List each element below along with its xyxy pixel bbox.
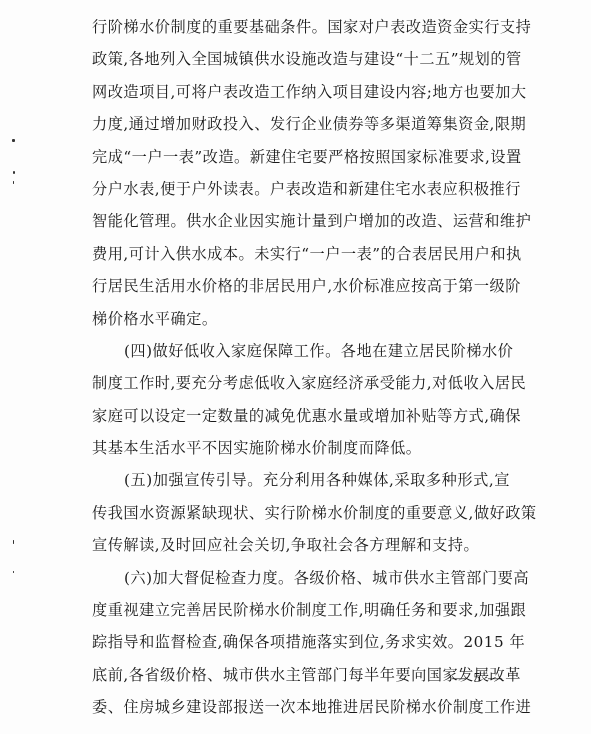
text-line: 行居民生活用水价格的非居民用户,水价标准应按高于第一级阶 bbox=[92, 270, 510, 302]
text-line: 梯价格水平确定。 bbox=[92, 303, 510, 335]
binding-mark bbox=[13, 571, 14, 573]
text-line: 其基本生活水平不因实施阶梯水价制度而降低。 bbox=[92, 432, 510, 464]
text-line: 智能化管理。供水企业因实施计量到户增加的改造、运营和维护 bbox=[92, 205, 510, 237]
text-line: 费用,可计入供水成本。未实行“一户一表”的合表居民用户和执 bbox=[92, 238, 510, 270]
text-line: 委、住房城乡建设部报送一次本地推进居民阶梯水价制度工作进 bbox=[92, 691, 510, 723]
document-page: 行阶梯水价制度的重要基础条件。国家对户表改造资金实行支持 政策,各地列入全国城镇… bbox=[0, 0, 591, 734]
text-line: 完成“一户一表”改造。新建住宅要严格按照国家标准要求,设置 bbox=[92, 141, 510, 173]
binding-mark bbox=[13, 171, 15, 174]
section-heading-line: (六)加大督促检查力度。各级价格、城市供水主管部门要高 bbox=[92, 562, 510, 594]
section-heading-line: (四)做好低收入家庭保障工作。各地在建立居民阶梯水价 bbox=[92, 335, 510, 367]
section-heading-line: (五)加强宣传引导。充分利用各种媒体,采取多种形式,宣 bbox=[92, 464, 510, 496]
text-line: 踪指导和监督检查,确保各项措施落实到位,务求实效。2015 年 bbox=[92, 626, 510, 658]
text-line: 度重视建立完善居民阶梯水价制度工作,明确任务和要求,加强跟 bbox=[92, 594, 510, 626]
binding-mark bbox=[13, 181, 14, 184]
binding-mark bbox=[12, 139, 15, 142]
text-line: 网改造项目,可将户表改造工作纳入项目建设内容;地方也要加大 bbox=[92, 76, 510, 108]
text-line: 力度,通过增加财政投入、发行企业债券等多渠道筹集资金,限期 bbox=[92, 108, 510, 140]
text-line: 底前,各省级价格、城市供水主管部门每半年要向国家发展改革 bbox=[92, 659, 510, 691]
text-line: 家庭可以设定一定数量的减免优惠水量或增加补贴等方式,确保 bbox=[92, 400, 510, 432]
text-line: 宣传解读,及时回应社会关切,争取社会各方理解和支持。 bbox=[92, 529, 510, 561]
page-number: — 5 — bbox=[452, 671, 504, 687]
body-text: 行阶梯水价制度的重要基础条件。国家对户表改造资金实行支持 政策,各地列入全国城镇… bbox=[92, 11, 510, 724]
binding-mark bbox=[13, 540, 14, 544]
text-line: 制度工作时,要充分考虑低收入家庭经济承受能力,对低收入居民 bbox=[92, 367, 510, 399]
text-line: 政策,各地列入全国城镇供水设施改造与建设“十二五”规划的管 bbox=[92, 43, 510, 75]
text-line: 传我国水资源紧缺现状、实行阶梯水价制度的重要意义,做好政策 bbox=[92, 497, 510, 529]
text-line: 分户水表,便于户外读表。户表改造和新建住宅水表应积极推行 bbox=[92, 173, 510, 205]
text-line: 行阶梯水价制度的重要基础条件。国家对户表改造资金实行支持 bbox=[92, 11, 510, 43]
